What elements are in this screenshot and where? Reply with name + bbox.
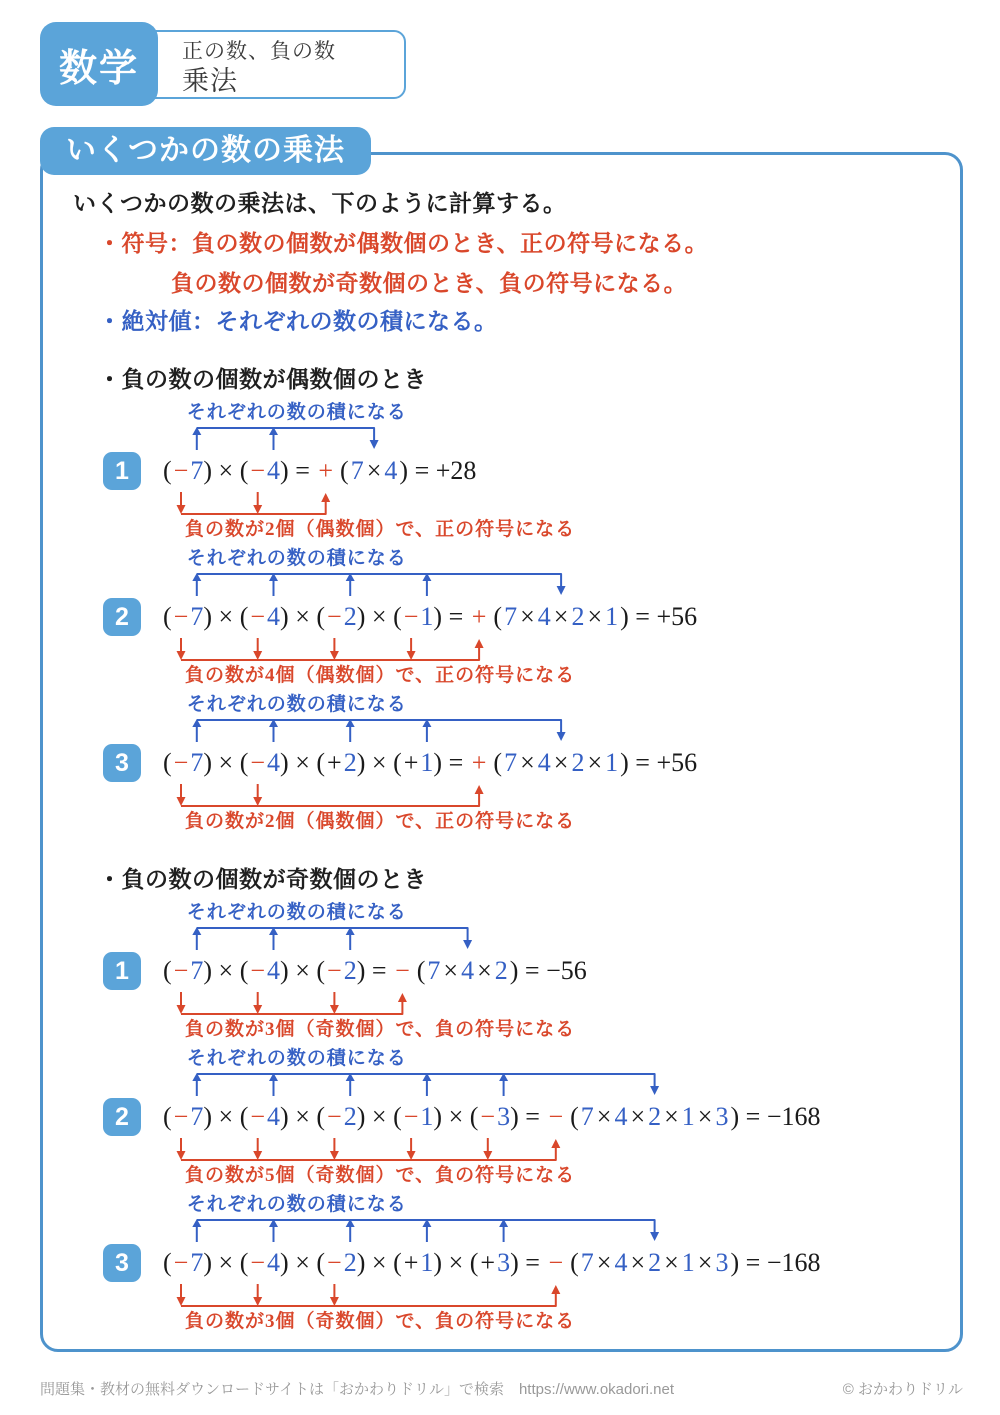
example-number-badge: 3 <box>103 744 141 782</box>
open-paren: ( <box>240 1102 249 1131</box>
blue-bracket <box>103 424 960 450</box>
blue-bracket-arrows <box>103 924 960 950</box>
product-factor: 1 <box>682 1102 695 1131</box>
multiply-operator: × <box>289 1102 317 1131</box>
product-annotation-label: それぞれの数の積になる <box>187 1047 960 1070</box>
factor-absolute-value: 1 <box>420 1248 433 1277</box>
blue-bracket <box>103 716 960 742</box>
example-number-badge: 1 <box>103 952 141 990</box>
open-paren: ( <box>163 748 172 777</box>
expression-row: 2(−7) × (−4) × (−2) × (−1) = +(7×4×2×1) … <box>103 596 960 638</box>
multiply-operator: × <box>212 748 240 777</box>
subject-badge: 数学 <box>40 22 158 106</box>
final-result: +28 <box>436 456 477 485</box>
factor-absolute-value: 4 <box>267 748 280 777</box>
product-annotation-label: それぞれの数の積になる <box>187 547 960 570</box>
close-paren: ) <box>280 456 289 485</box>
multiply-operator: × <box>365 748 393 777</box>
negative-sign: − <box>250 602 265 631</box>
footer-site-info: 問題集・教材の無料ダウンロードサイトは「おかわりドリル」で検索 https://… <box>40 1378 674 1399</box>
red-bracket <box>103 784 960 810</box>
open-paren: ( <box>316 748 325 777</box>
factor-absolute-value: 3 <box>497 1248 510 1277</box>
equals-operator: = <box>408 456 436 485</box>
open-paren: ( <box>316 1102 325 1131</box>
equals-operator: = <box>519 1248 547 1277</box>
negative-sign: − <box>327 956 342 985</box>
example-odd-2: それぞれの数の積になる2(−7) × (−4) × (−2) × (−1) × … <box>103 1047 960 1187</box>
multiply-operator: × <box>664 1102 679 1131</box>
product-factor: 4 <box>614 1248 627 1277</box>
expression-row: 1(−7) × (−4) = +(7×4) = +28 <box>103 450 960 492</box>
multiply-operator: × <box>212 956 240 985</box>
multiply-operator: × <box>212 1102 240 1131</box>
sign-annotation-label: 負の数が4個（偶数個）で、正の符号になる <box>185 664 960 687</box>
negative-sign: − <box>250 1248 265 1277</box>
close-paren: ) <box>620 748 629 777</box>
factor-absolute-value: 7 <box>190 956 203 985</box>
expression-row: 3(−7) × (−4) × (−2) × (+1) × (+3) = −(7×… <box>103 1242 960 1284</box>
equals-operator: = <box>629 602 657 631</box>
example-odd-3: それぞれの数の積になる3(−7) × (−4) × (−2) × (+1) × … <box>103 1193 960 1333</box>
absolute-value-product: (7×4×2×1) <box>493 748 628 777</box>
multiply-operator: × <box>520 748 535 777</box>
product-factor: 2 <box>648 1248 661 1277</box>
red-bracket-arrows <box>103 784 960 810</box>
section-title: いくつかの数の乗法 <box>40 127 371 175</box>
negative-sign: − <box>174 1102 189 1131</box>
open-paren: ( <box>240 602 249 631</box>
product-factor: 7 <box>427 956 440 985</box>
close-paren: ) <box>203 748 212 777</box>
product-annotation-label: それぞれの数の積になる <box>187 1193 960 1216</box>
product-factor: 4 <box>384 456 397 485</box>
positive-sign: + <box>404 748 419 777</box>
open-paren: ( <box>163 1248 172 1277</box>
blue-bracket-arrows <box>103 424 960 450</box>
sign-annotation-label: 負の数が5個（奇数個）で、負の符号になる <box>185 1164 960 1187</box>
open-paren: ( <box>393 1248 402 1277</box>
close-paren: ) <box>620 602 629 631</box>
negative-sign: − <box>480 1102 495 1131</box>
red-bracket-arrows <box>103 638 960 664</box>
multiply-operator: × <box>554 748 569 777</box>
negative-sign: − <box>327 602 342 631</box>
red-bracket-arrows <box>103 992 960 1018</box>
multiply-operator: × <box>554 602 569 631</box>
final-result: +56 <box>656 602 697 631</box>
absolute-value-product: (7×4) <box>340 456 408 485</box>
sign-annotation-label: 負の数が2個（偶数個）で、正の符号になる <box>185 518 960 541</box>
equals-operator: = <box>289 456 317 485</box>
footer-copyright: © おかわりドリル <box>843 1378 963 1399</box>
rule-absolute-value: ・絶対値：それぞれの数の積になる。 <box>98 307 960 337</box>
factor-absolute-value: 2 <box>344 1248 357 1277</box>
blue-bracket-arrows <box>103 570 960 596</box>
negative-sign: − <box>327 1102 342 1131</box>
open-paren: ( <box>163 456 172 485</box>
even-examples-group: それぞれの数の積になる1(−7) × (−4) = +(7×4) = +28負の… <box>43 401 960 833</box>
product-factor: 4 <box>614 1102 627 1131</box>
open-paren: ( <box>240 956 249 985</box>
negative-sign: − <box>250 748 265 777</box>
red-bracket-arrows <box>103 1138 960 1164</box>
odd-case-heading: ・負の数の個数が奇数個のとき <box>98 865 960 895</box>
result-sign: + <box>472 602 487 631</box>
close-paren: ) <box>203 956 212 985</box>
close-paren: ) <box>433 602 442 631</box>
multiply-operator: × <box>289 748 317 777</box>
open-paren: ( <box>417 956 426 985</box>
example-even-1: それぞれの数の積になる1(−7) × (−4) = +(7×4) = +28負の… <box>103 401 960 541</box>
odd-examples-group: それぞれの数の積になる1(−7) × (−4) × (−2) = −(7×4×2… <box>43 901 960 1333</box>
open-paren: ( <box>393 1102 402 1131</box>
equals-operator: = <box>629 748 657 777</box>
negative-sign: − <box>174 748 189 777</box>
positive-sign: + <box>327 748 342 777</box>
open-paren: ( <box>316 602 325 631</box>
open-paren: ( <box>570 1248 579 1277</box>
close-paren: ) <box>433 1102 442 1131</box>
multiplication-expression: (−7) × (−4) × (−2) × (−1) = +(7×4×2×1) =… <box>163 602 697 632</box>
close-paren: ) <box>280 748 289 777</box>
close-paren: ) <box>203 1102 212 1131</box>
close-paren: ) <box>433 1248 442 1277</box>
multiply-operator: × <box>520 602 535 631</box>
open-paren: ( <box>340 456 349 485</box>
factor-absolute-value: 2 <box>344 956 357 985</box>
product-factor: 3 <box>715 1102 728 1131</box>
equals-operator: = <box>365 956 393 985</box>
red-bracket <box>103 1138 960 1164</box>
negative-sign: − <box>174 456 189 485</box>
open-paren: ( <box>316 956 325 985</box>
close-paren: ) <box>433 748 442 777</box>
blue-bracket-arrows <box>103 1070 960 1096</box>
multiplication-expression: (−7) × (−4) × (−2) = −(7×4×2) = −56 <box>163 956 587 986</box>
result-sign: + <box>318 456 333 485</box>
open-paren: ( <box>393 602 402 631</box>
multiply-operator: × <box>212 456 240 485</box>
open-paren: ( <box>470 1248 479 1277</box>
close-paren: ) <box>203 1248 212 1277</box>
product-factor: 1 <box>605 748 618 777</box>
equals-operator: = <box>518 956 546 985</box>
factor-absolute-value: 3 <box>497 1102 510 1131</box>
result-sign: − <box>548 1102 563 1131</box>
multiply-operator: × <box>630 1102 645 1131</box>
even-case-heading: ・負の数の個数が偶数個のとき <box>98 365 960 395</box>
product-annotation-label: それぞれの数の積になる <box>187 901 960 924</box>
positive-sign: + <box>404 1248 419 1277</box>
factor-absolute-value: 2 <box>344 1102 357 1131</box>
equals-operator: = <box>442 748 470 777</box>
red-bracket-arrows <box>103 1284 960 1310</box>
multiply-operator: × <box>365 602 393 631</box>
blue-bracket-arrows <box>103 1216 960 1242</box>
result-sign: + <box>472 748 487 777</box>
close-paren: ) <box>203 602 212 631</box>
worksheet-page: 正の数、負の数 乗法 数学 いくつかの数の乗法 いくつかの数の乗法は、下のように… <box>0 0 1000 1415</box>
close-paren: ) <box>399 456 408 485</box>
product-factor: 3 <box>715 1248 728 1277</box>
factor-absolute-value: 4 <box>267 956 280 985</box>
negative-sign: − <box>404 1102 419 1131</box>
multiply-operator: × <box>587 748 602 777</box>
product-factor: 7 <box>504 602 517 631</box>
factor-absolute-value: 7 <box>190 456 203 485</box>
factor-absolute-value: 1 <box>420 602 433 631</box>
example-even-3: それぞれの数の積になる3(−7) × (−4) × (+2) × (+1) = … <box>103 693 960 833</box>
red-bracket <box>103 638 960 664</box>
multiply-operator: × <box>212 602 240 631</box>
close-paren: ) <box>280 1102 289 1131</box>
page-footer: 問題集・教材の無料ダウンロードサイトは「おかわりドリル」で検索 https://… <box>40 1378 963 1399</box>
negative-sign: − <box>250 956 265 985</box>
open-paren: ( <box>240 456 249 485</box>
product-factor: 2 <box>571 748 584 777</box>
multiply-operator: × <box>367 456 382 485</box>
open-paren: ( <box>493 748 502 777</box>
multiply-operator: × <box>365 1248 393 1277</box>
open-paren: ( <box>316 1248 325 1277</box>
close-paren: ) <box>510 1248 519 1277</box>
factor-absolute-value: 1 <box>420 748 433 777</box>
red-bracket <box>103 492 960 518</box>
example-odd-1: それぞれの数の積になる1(−7) × (−4) × (−2) = −(7×4×2… <box>103 901 960 1041</box>
factor-absolute-value: 4 <box>267 602 280 631</box>
close-paren: ) <box>730 1102 739 1131</box>
open-paren: ( <box>240 748 249 777</box>
product-factor: 4 <box>538 748 551 777</box>
close-paren: ) <box>510 1102 519 1131</box>
open-paren: ( <box>163 956 172 985</box>
absolute-value-product: (7×4×2) <box>417 956 519 985</box>
result-sign: − <box>548 1248 563 1277</box>
absolute-value-product: (7×4×2×1×3) <box>570 1102 739 1131</box>
example-number-badge: 3 <box>103 1244 141 1282</box>
multiplication-expression: (−7) × (−4) = +(7×4) = +28 <box>163 456 476 486</box>
final-result: −168 <box>767 1248 821 1277</box>
factor-absolute-value: 7 <box>190 1248 203 1277</box>
multiply-operator: × <box>365 1102 393 1131</box>
negative-sign: − <box>404 602 419 631</box>
open-paren: ( <box>493 602 502 631</box>
product-factor: 4 <box>461 956 474 985</box>
blue-bracket <box>103 1216 960 1242</box>
product-factor: 7 <box>581 1102 594 1131</box>
expression-row: 1(−7) × (−4) × (−2) = −(7×4×2) = −56 <box>103 950 960 992</box>
multiplication-expression: (−7) × (−4) × (−2) × (−1) × (−3) = −(7×4… <box>163 1102 820 1132</box>
final-result: −56 <box>546 956 587 985</box>
multiply-operator: × <box>442 1248 470 1277</box>
rule-sign-odd: 負の数の個数が奇数個のとき、負の符号になる。 <box>171 269 960 299</box>
open-paren: ( <box>393 748 402 777</box>
multiply-operator: × <box>597 1248 612 1277</box>
product-factor: 7 <box>504 748 517 777</box>
blue-bracket-arrows <box>103 716 960 742</box>
open-paren: ( <box>163 1102 172 1131</box>
final-result: −168 <box>767 1102 821 1131</box>
equals-operator: = <box>739 1248 767 1277</box>
red-bracket <box>103 992 960 1018</box>
content-box: いくつかの数の乗法は、下のように計算する。 ・符号：負の数の個数が偶数個のとき、… <box>40 152 963 1352</box>
product-factor: 2 <box>495 956 508 985</box>
result-sign: − <box>395 956 410 985</box>
close-paren: ) <box>280 602 289 631</box>
close-paren: ) <box>280 956 289 985</box>
example-even-2: それぞれの数の積になる2(−7) × (−4) × (−2) × (−1) = … <box>103 547 960 687</box>
red-bracket-arrows <box>103 492 960 518</box>
open-paren: ( <box>240 1248 249 1277</box>
negative-sign: − <box>174 956 189 985</box>
close-paren: ) <box>203 456 212 485</box>
blue-bracket <box>103 924 960 950</box>
factor-absolute-value: 2 <box>344 748 357 777</box>
multiply-operator: × <box>664 1248 679 1277</box>
multiply-operator: × <box>587 602 602 631</box>
expression-row: 2(−7) × (−4) × (−2) × (−1) × (−3) = −(7×… <box>103 1096 960 1138</box>
blue-bracket <box>103 570 960 596</box>
product-factor: 1 <box>605 602 618 631</box>
negative-sign: − <box>250 456 265 485</box>
example-number-badge: 2 <box>103 598 141 636</box>
multiply-operator: × <box>289 956 317 985</box>
final-result: +56 <box>656 748 697 777</box>
equals-operator: = <box>739 1102 767 1131</box>
close-paren: ) <box>280 1248 289 1277</box>
intro-text: いくつかの数の乗法は、下のように計算する。 <box>73 189 960 219</box>
factor-absolute-value: 7 <box>190 602 203 631</box>
blue-bracket <box>103 1070 960 1096</box>
multiply-operator: × <box>477 956 492 985</box>
absolute-value-product: (7×4×2×1) <box>493 602 628 631</box>
multiply-operator: × <box>698 1248 713 1277</box>
open-paren: ( <box>570 1102 579 1131</box>
sign-annotation-label: 負の数が3個（奇数個）で、負の符号になる <box>185 1018 960 1041</box>
sign-annotation-label: 負の数が3個（奇数個）で、負の符号になる <box>185 1310 960 1333</box>
red-bracket <box>103 1284 960 1310</box>
product-factor: 2 <box>648 1102 661 1131</box>
equals-operator: = <box>519 1102 547 1131</box>
negative-sign: − <box>250 1102 265 1131</box>
open-paren: ( <box>163 602 172 631</box>
factor-absolute-value: 7 <box>190 1102 203 1131</box>
example-number-badge: 1 <box>103 452 141 490</box>
close-paren: ) <box>730 1248 739 1277</box>
absolute-value-product: (7×4×2×1×3) <box>570 1248 739 1277</box>
open-paren: ( <box>470 1102 479 1131</box>
factor-absolute-value: 2 <box>344 602 357 631</box>
unit-subtopic: 乗法 <box>182 65 404 97</box>
multiply-operator: × <box>597 1102 612 1131</box>
example-number-badge: 2 <box>103 1098 141 1136</box>
multiplication-expression: (−7) × (−4) × (+2) × (+1) = +(7×4×2×1) =… <box>163 748 697 778</box>
factor-absolute-value: 4 <box>267 1248 280 1277</box>
positive-sign: + <box>480 1248 495 1277</box>
rule-sign-even: ・符号：負の数の個数が偶数個のとき、正の符号になる。 <box>98 229 960 259</box>
negative-sign: − <box>174 1248 189 1277</box>
multiply-operator: × <box>630 1248 645 1277</box>
multiply-operator: × <box>698 1102 713 1131</box>
product-factor: 1 <box>682 1248 695 1277</box>
multiply-operator: × <box>289 602 317 631</box>
product-factor: 4 <box>538 602 551 631</box>
negative-sign: − <box>327 1248 342 1277</box>
equals-operator: = <box>442 602 470 631</box>
product-annotation-label: それぞれの数の積になる <box>187 693 960 716</box>
factor-absolute-value: 7 <box>190 748 203 777</box>
multiply-operator: × <box>442 1102 470 1131</box>
unit-topic: 正の数、負の数 <box>182 38 404 65</box>
product-factor: 7 <box>351 456 364 485</box>
factor-absolute-value: 1 <box>420 1102 433 1131</box>
factor-absolute-value: 4 <box>267 456 280 485</box>
product-factor: 2 <box>571 602 584 631</box>
multiplication-expression: (−7) × (−4) × (−2) × (+1) × (+3) = −(7×4… <box>163 1248 820 1278</box>
multiply-operator: × <box>443 956 458 985</box>
expression-row: 3(−7) × (−4) × (+2) × (+1) = +(7×4×2×1) … <box>103 742 960 784</box>
multiply-operator: × <box>289 1248 317 1277</box>
factor-absolute-value: 4 <box>267 1102 280 1131</box>
multiply-operator: × <box>212 1248 240 1277</box>
product-annotation-label: それぞれの数の積になる <box>187 401 960 424</box>
negative-sign: − <box>174 602 189 631</box>
sign-annotation-label: 負の数が2個（偶数個）で、正の符号になる <box>185 810 960 833</box>
product-factor: 7 <box>581 1248 594 1277</box>
